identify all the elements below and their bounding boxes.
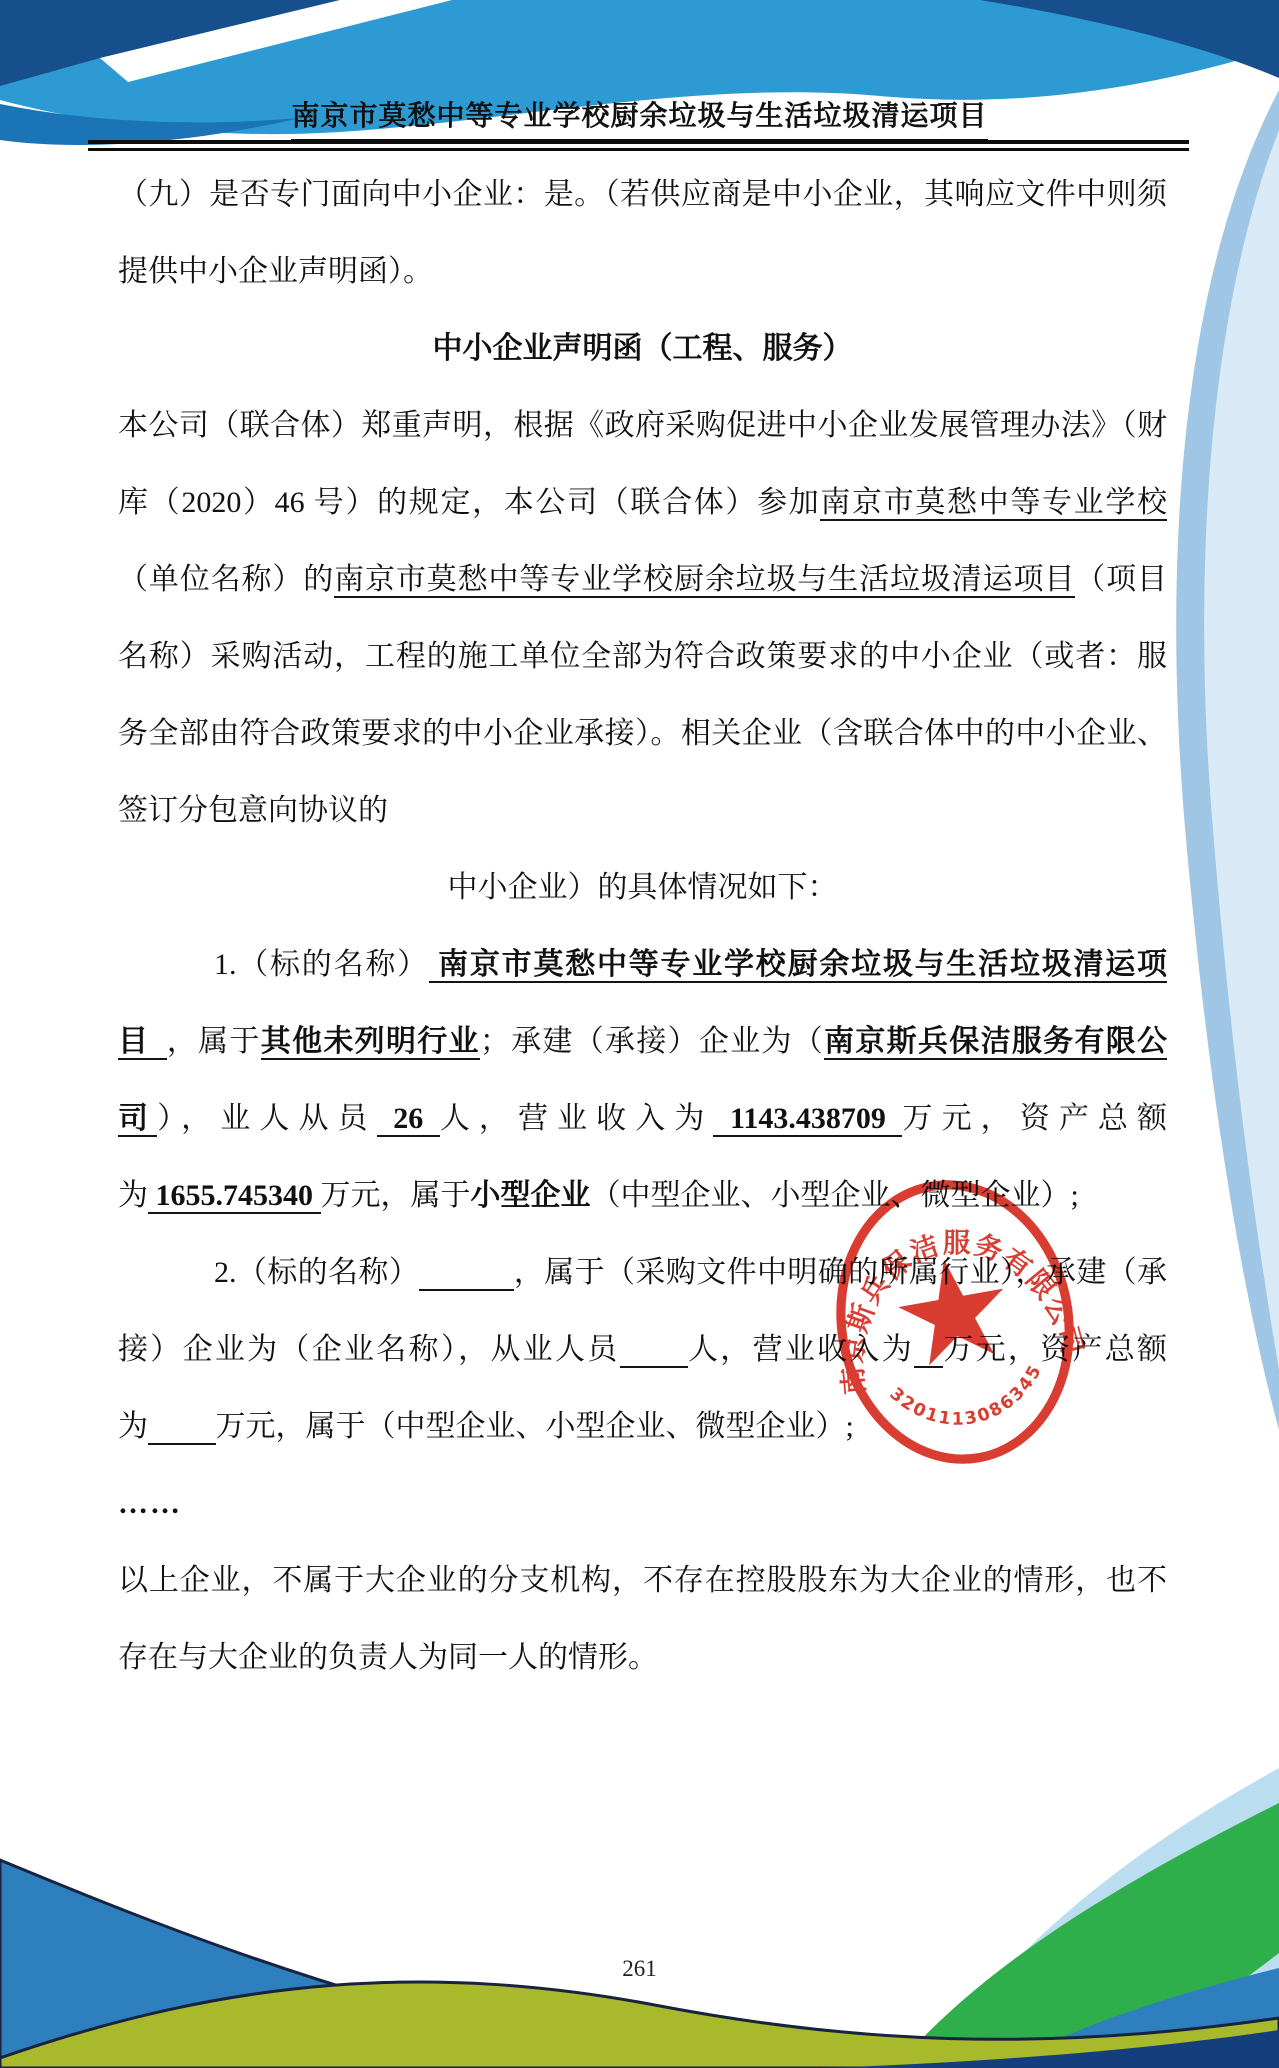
text-segment: ，属于 [167, 1025, 261, 1058]
text-segment [148, 1410, 216, 1445]
text-segment: （项目名称）采购活动，工程的施工单位全部为符合政策要求的中小企业（或者：服务全部… [118, 563, 1167, 827]
text-segment: 小型企业 [471, 1179, 591, 1212]
bottom-wave-decoration [0, 1768, 1279, 2068]
page-title: 南京市莫愁中等专业学校厨余垃圾与生活垃圾清运项目 [0, 94, 1279, 134]
paragraph-declaration-tail: 中小企业）的具体情况如下： [118, 849, 1167, 926]
text-segment [419, 1256, 514, 1291]
text-segment: 万元，属于（中型企业、小型企业、微型企业）; [216, 1410, 854, 1443]
text-segment: 1655.745340 [148, 1179, 321, 1214]
text-segment: 26 [377, 1102, 440, 1137]
company-stamp: 南京斯兵保洁服务有限公司 3201113086345 [802, 1154, 1107, 1490]
document-page: 南京市莫愁中等专业学校厨余垃圾与生活垃圾清运项目 （九）是否专门面向中小企业：是… [0, 0, 1279, 2068]
text-segment: 其他未列明行业 [261, 1025, 480, 1060]
paragraph-sme-question: （九）是否专门面向中小企业：是。（若供应商是中小企业，其响应文件中则须提供中小企… [118, 156, 1167, 310]
paragraph-declaration: 本公司（联合体）郑重声明，根据《政府采购促进中小企业发展管理办法》（财库（202… [118, 387, 1167, 849]
text-segment: 1.（标的名称） [214, 948, 429, 981]
text-segment: 人，营业收入为 [440, 1102, 714, 1135]
page-number: 261 [0, 1956, 1279, 1982]
text-segment: 万元，属于 [321, 1179, 471, 1212]
header-double-rule [88, 140, 1189, 151]
text-segment: 2.（标的名称） [214, 1256, 419, 1289]
text-segment: 南京市莫愁中等专业学校 [820, 486, 1167, 521]
text-segment: （九）是否专门面向中小企业：是。（若供应商是中小企业，其响应文件中则须提供中小企… [118, 178, 1167, 288]
text-segment: ），业人从员 [157, 1102, 377, 1135]
document-body: （九）是否专门面向中小企业：是。（若供应商是中小企业，其响应文件中则须提供中小企… [118, 156, 1167, 1696]
paragraph-closing: 以上企业，不属于大企业的分支机构，不存在控股股东为大企业的情形，也不存在与大企业… [118, 1542, 1167, 1696]
section-heading: 中小企业声明函（工程、服务） [118, 310, 1167, 387]
text-segment [620, 1333, 688, 1368]
text-segment: ；承建（承接）企业为（ [480, 1025, 824, 1058]
text-segment: 南京市莫愁中等专业学校厨余垃圾与生活垃圾清运项目 [334, 563, 1075, 598]
text-segment: 1143.438709 [713, 1102, 902, 1137]
paragraph-ellipsis: …… [118, 1465, 1167, 1542]
text-segment: （单位名称）的 [118, 563, 334, 596]
